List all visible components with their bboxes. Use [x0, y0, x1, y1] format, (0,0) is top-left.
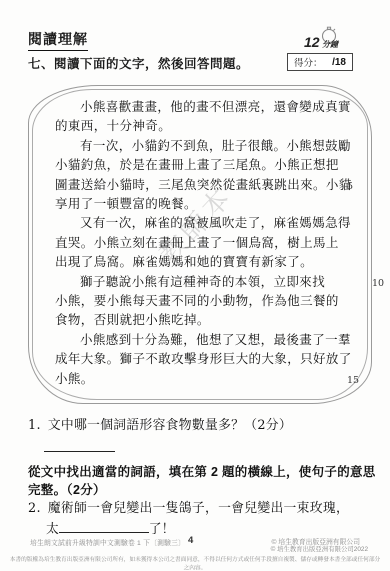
- question-2-answer-prefix: 太: [46, 522, 59, 537]
- question-2-text: 魔術師一會兒變出一隻鴿子，一會兒變出一束玫瑰，: [48, 501, 349, 516]
- passage-line: 小熊。15: [55, 369, 355, 388]
- passage-line: 享用了一頓豐富的晚餐。: [55, 194, 355, 213]
- footer-disclaimer: 本書的版權為培生教育出版亞洲有限公司所有，如未獲得本公司之書面同意，不得以任何方…: [10, 554, 381, 571]
- passage-line: 小熊感到十分為難，他想了又想，最後畫了一羣: [55, 330, 355, 349]
- timer-minutes: 12: [304, 34, 320, 50]
- question-1-number: 1.: [28, 418, 41, 433]
- timer-badge: 12 分鐘: [298, 28, 368, 52]
- passage-lines: 小熊喜歡畫畫，他的畫不但漂亮，還會變成真實的東西，十分神奇。有一次，小貓釣不到魚…: [55, 97, 355, 388]
- question-2-answer-row: 太了！: [46, 518, 174, 537]
- passage-line: 小熊喜歡畫畫，他的畫不但漂亮，還會變成真實: [55, 97, 355, 116]
- question-1-text: 文中哪一個詞語形容食物數量多？（2分）: [48, 418, 292, 433]
- footer-book-title: 培生朗文試前升級特訓中文測驗卷 1 下〔測驗三〕: [30, 537, 185, 547]
- score-total: /18: [332, 57, 346, 68]
- page-title: 閱讀理解: [28, 29, 88, 51]
- fill-instruction-line1: 從文中找出適當的詞語，填在第 2 題的橫線上，使句子的意思: [28, 462, 376, 480]
- passage-line: 圖畫送給小貓時，三尾魚突然從畫紙裏跳出來。小貓5: [55, 175, 355, 194]
- passage-line: 直哭。小熊立刻在畫冊上畫了一個鳥窩，樹上馬上: [55, 233, 355, 252]
- passage-line: 又有一次，麻雀的窩被風吹走了，麻雀媽媽急得: [55, 213, 355, 232]
- passage-line-number: 15: [347, 371, 359, 390]
- worksheet-page: 閱讀理解 七、閱讀下面的文字，然後回答問題。 12 分鐘 得分： /18 教師本…: [0, 0, 390, 571]
- question-1-answer-line: [44, 451, 115, 452]
- question-1: 1.文中哪一個詞語形容食物數量多？（2分）: [28, 414, 292, 433]
- passage-line: 的東西，十分神奇。: [55, 116, 355, 135]
- fill-instruction-line2: 完整。（2分）: [28, 480, 106, 498]
- timer-unit-label: 分鐘: [322, 39, 338, 50]
- passage-line: 成年大象。獅子不敢攻擊身形巨大的大象，只好放了: [55, 349, 355, 368]
- score-box: 得分： /18: [287, 53, 353, 71]
- passage-line: 獅子聽說小熊有這種神奇的本領，立即來找10: [55, 272, 355, 291]
- question-2-answer-blank: [59, 519, 149, 533]
- passage-line: 出現了鳥窩。麻雀媽媽和她的寶寶有新家了。: [55, 252, 355, 271]
- question-2-answer-suffix: 了！: [149, 522, 175, 537]
- question-2-number: 2.: [28, 501, 41, 516]
- question-2: 2.魔術師一會兒變出一隻鴿子，一會兒變出一束玫瑰，: [28, 497, 349, 516]
- score-label: 得分：: [294, 55, 323, 69]
- footer-page-number: 4: [188, 535, 193, 546]
- passage-line: 食物，否則就把小熊吃掉。: [55, 310, 355, 329]
- passage-line: 小貓釣魚，於是在畫冊上畫了三尾魚。小熊正想把: [55, 155, 355, 174]
- passage-line: 小熊，要小熊每天畫不同的小動物，作為他三餐的: [55, 291, 355, 310]
- footer-copyright-2: © 培生教育出版亞洲有限公司2022: [271, 544, 368, 553]
- passage-line: 有一次，小貓釣不到魚，肚子很餓。小熊想鼓勵: [55, 136, 355, 155]
- exercise-instruction: 七、閱讀下面的文字，然後回答問題。: [28, 54, 249, 72]
